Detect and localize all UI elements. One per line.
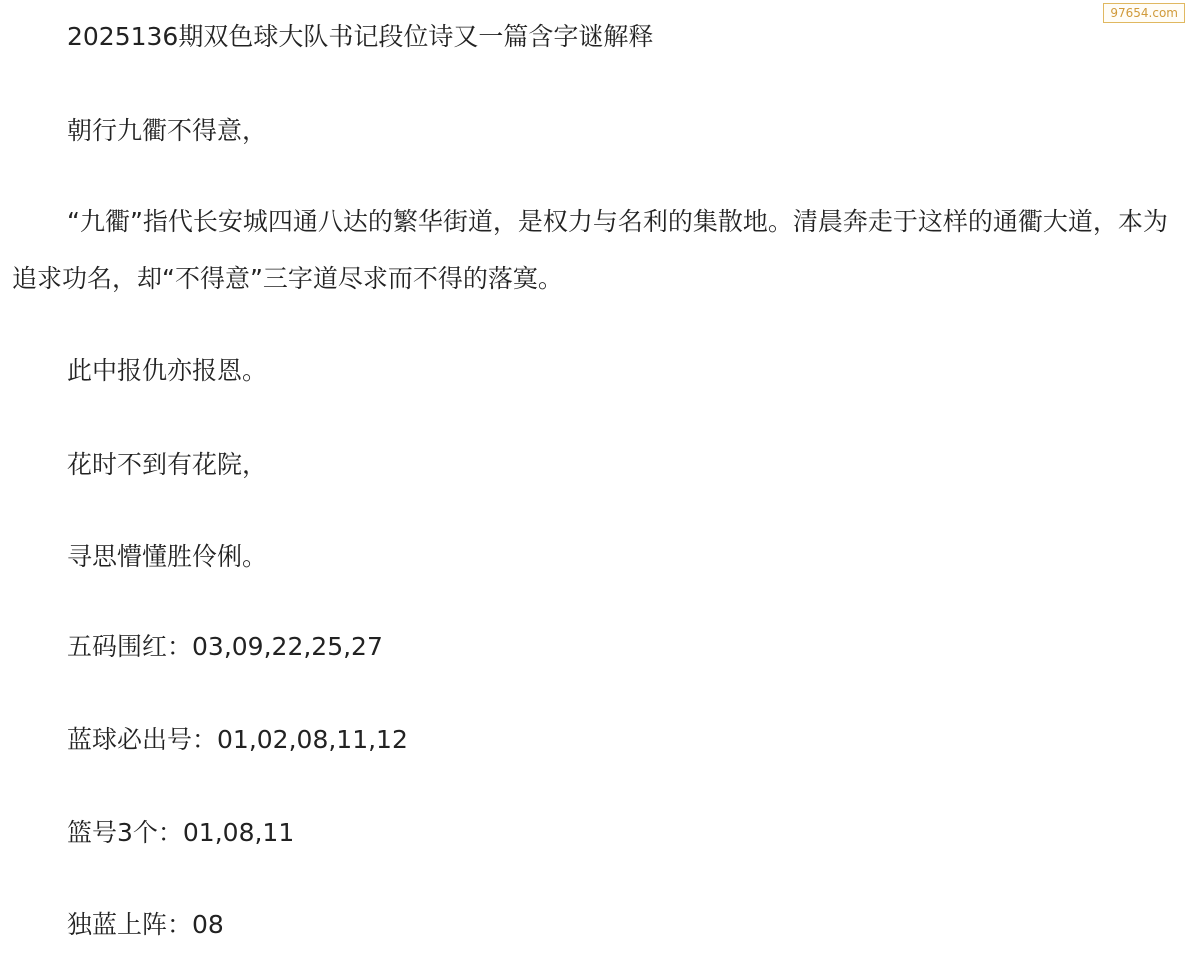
pick-blue-three: 篮号3个：01,08,11 — [67, 818, 294, 848]
poem-line-3: 花时不到有花院， — [67, 450, 267, 480]
site-watermark: 97654.com — [1103, 3, 1185, 23]
pick-value: 01,08,11 — [183, 818, 294, 847]
pick-value: 01,02,08,11,12 — [217, 725, 408, 754]
pick-single-blue: 独蓝上阵：08 — [67, 910, 224, 940]
pick-label: 独蓝上阵： — [67, 910, 192, 939]
pick-label: 蓝球必出号： — [67, 725, 217, 754]
pick-value: 08 — [192, 910, 224, 939]
explanation-paragraph: “九衢”指代长安城四通八达的繁华街道，是权力与名利的集散地。清晨奔走于这样的通衢… — [12, 193, 1172, 307]
poem-line-1: 朝行九衢不得意， — [67, 116, 267, 146]
pick-red-five: 五码围红：03,09,22,25,27 — [67, 632, 383, 662]
pick-blue-must: 蓝球必出号：01,02,08,11,12 — [67, 725, 408, 755]
pick-value: 03,09,22,25,27 — [192, 632, 383, 661]
pick-label: 五码围红： — [67, 632, 192, 661]
poem-line-2: 此中报仇亦报恩。 — [67, 356, 267, 386]
poem-line-4: 寻思懵懂胜伶俐。 — [67, 542, 267, 572]
article-title: 2025136期双色球大队书记段位诗又一篇含字谜解释 — [67, 22, 653, 52]
pick-label: 篮号3个： — [67, 818, 183, 847]
